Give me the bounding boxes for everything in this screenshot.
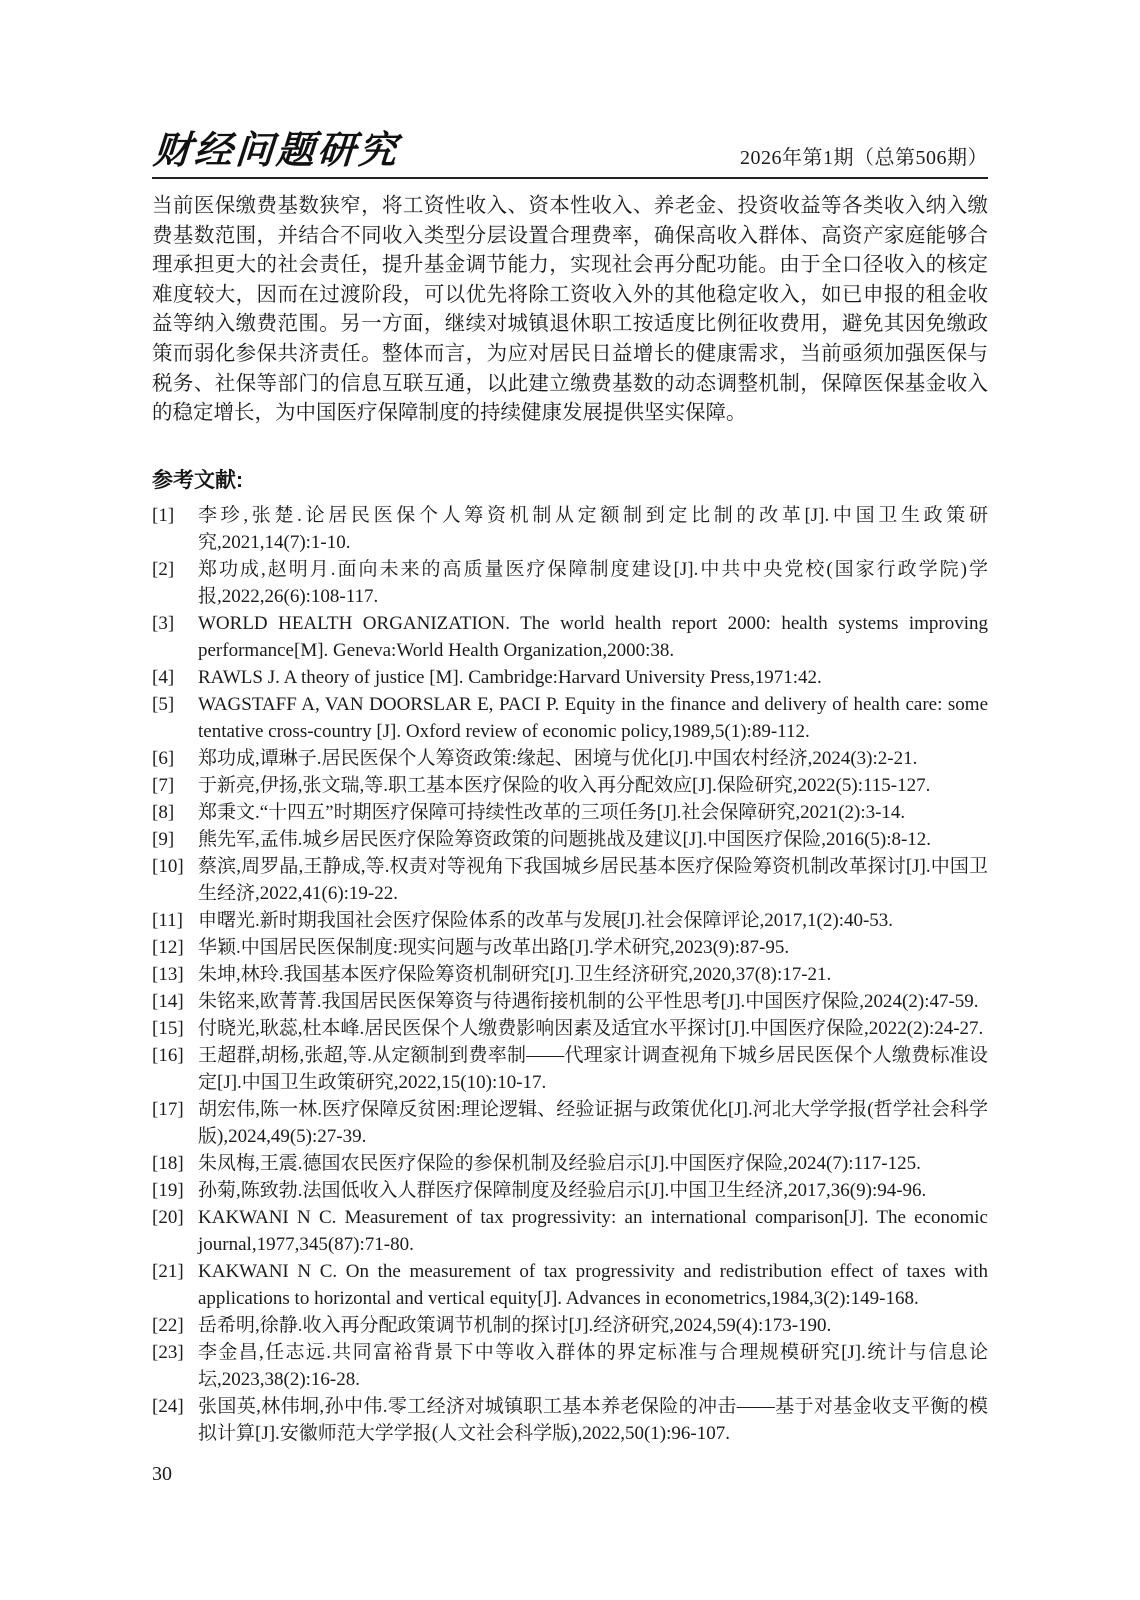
reference-item: [12]华颖.中国居民医保制度:现实问题与改革出路[J].学术研究,2023(9… xyxy=(152,934,988,961)
reference-text: KAKWANI N C. On the measurement of tax p… xyxy=(198,1258,988,1312)
reference-label: [18] xyxy=(152,1150,198,1177)
reference-text: 华颖.中国居民医保制度:现实问题与改革出路[J].学术研究,2023(9):87… xyxy=(198,934,988,961)
reference-item: [1]李珍,张楚.论居民医保个人筹资机制从定额制到定比制的改革[J].中国卫生政… xyxy=(152,502,988,556)
reference-item: [16]王超群,胡杨,张超,等.从定额制到费率制——代理家计调查视角下城乡居民医… xyxy=(152,1042,988,1096)
reference-label: [9] xyxy=(152,826,198,853)
reference-item: [18]朱凤梅,王震.德国农民医疗保险的参保机制及经验启示[J].中国医疗保险,… xyxy=(152,1150,988,1177)
reference-item: [11]申曙光.新时期我国社会医疗保险体系的改革与发展[J].社会保障评论,20… xyxy=(152,907,988,934)
reference-label: [15] xyxy=(152,1015,198,1042)
reference-label: [17] xyxy=(152,1096,198,1123)
reference-text: 蔡滨,周罗晶,王静成,等.权责对等视角下我国城乡居民基本医疗保险筹资机制改革探讨… xyxy=(198,853,988,907)
reference-text: 郑秉文.“十四五”时期医疗保障可持续性改革的三项任务[J].社会保障研究,202… xyxy=(198,799,988,826)
reference-label: [13] xyxy=(152,961,198,988)
reference-item: [9]熊先军,孟伟.城乡居民医疗保险筹资政策的问题挑战及建议[J].中国医疗保险… xyxy=(152,826,988,853)
reference-item: [14]朱铭来,欧菁菁.我国居民医保筹资与待遇衔接机制的公平性思考[J].中国医… xyxy=(152,988,988,1015)
reference-item: [19]孙菊,陈致勃.法国低收入人群医疗保障制度及经验启示[J].中国卫生经济,… xyxy=(152,1177,988,1204)
reference-text: 胡宏伟,陈一林.医疗保障反贫困:理论逻辑、经验证据与政策优化[J].河北大学学报… xyxy=(198,1096,988,1150)
reference-text: 李金昌,任志远.共同富裕背景下中等收入群体的界定标准与合理规模研究[J].统计与… xyxy=(198,1339,988,1393)
reference-item: [22]岳希明,徐静.收入再分配政策调节机制的探讨[J].经济研究,2024,5… xyxy=(152,1312,988,1339)
reference-label: [20] xyxy=(152,1204,198,1231)
reference-label: [23] xyxy=(152,1339,198,1366)
reference-item: [21]KAKWANI N C. On the measurement of t… xyxy=(152,1258,988,1312)
reference-text: 岳希明,徐静.收入再分配政策调节机制的探讨[J].经济研究,2024,59(4)… xyxy=(198,1312,988,1339)
reference-text: 郑功成,谭琳子.居民医保个人筹资政策:缘起、困境与优化[J].中国农村经济,20… xyxy=(198,745,988,772)
reference-text: 申曙光.新时期我国社会医疗保险体系的改革与发展[J].社会保障评论,2017,1… xyxy=(198,907,988,934)
page-number: 30 xyxy=(152,1461,988,1487)
body-paragraph: 当前医保缴费基数狭窄，将工资性收入、资本性收入、养老金、投资收益等各类收入纳入缴… xyxy=(152,192,988,429)
page-header: 财经问题研究 2026年第1期（总第506期） xyxy=(152,130,988,179)
reference-item: [8]郑秉文.“十四五”时期医疗保障可持续性改革的三项任务[J].社会保障研究,… xyxy=(152,799,988,826)
reference-text: 熊先军,孟伟.城乡居民医疗保险筹资政策的问题挑战及建议[J].中国医疗保险,20… xyxy=(198,826,988,853)
reference-item: [5]WAGSTAFF A, VAN DOORSLAR E, PACI P. E… xyxy=(152,691,988,745)
reference-label: [11] xyxy=(152,907,198,934)
reference-text: 张国英,林伟坰,孙中伟.零工经济对城镇职工基本养老保险的冲击——基于对基金收支平… xyxy=(198,1393,988,1447)
reference-item: [6]郑功成,谭琳子.居民医保个人筹资政策:缘起、困境与优化[J].中国农村经济… xyxy=(152,745,988,772)
reference-label: [24] xyxy=(152,1393,198,1420)
reference-text: 于新亮,伊扬,张文瑞,等.职工基本医疗保险的收入再分配效应[J].保险研究,20… xyxy=(198,772,988,799)
reference-text: 郑功成,赵明月.面向未来的高质量医疗保障制度建设[J].中共中央党校(国家行政学… xyxy=(198,556,988,610)
reference-label: [19] xyxy=(152,1177,198,1204)
reference-item: [13]朱坤,林玲.我国基本医疗保险筹资机制研究[J].卫生经济研究,2020,… xyxy=(152,961,988,988)
journal-page: 财经问题研究 2026年第1期（总第506期） 当前医保缴费基数狭窄，将工资性收… xyxy=(0,0,1140,1600)
reference-item: [4]RAWLS J. A theory of justice [M]. Cam… xyxy=(152,664,988,691)
reference-text: KAKWANI N C. Measurement of tax progress… xyxy=(198,1204,988,1258)
reference-item: [20]KAKWANI N C. Measurement of tax prog… xyxy=(152,1204,988,1258)
reference-label: [2] xyxy=(152,556,198,583)
reference-label: [1] xyxy=(152,502,198,529)
reference-text: 付晓光,耿蕊,杜本峰.居民医保个人缴费影响因素及适宜水平探讨[J].中国医疗保险… xyxy=(198,1015,988,1042)
reference-item: [17]胡宏伟,陈一林.医疗保障反贫困:理论逻辑、经验证据与政策优化[J].河北… xyxy=(152,1096,988,1150)
reference-item: [24]张国英,林伟坰,孙中伟.零工经济对城镇职工基本养老保险的冲击——基于对基… xyxy=(152,1393,988,1447)
reference-text: 朱铭来,欧菁菁.我国居民医保筹资与待遇衔接机制的公平性思考[J].中国医疗保险,… xyxy=(198,988,988,1015)
reference-label: [7] xyxy=(152,772,198,799)
reference-text: RAWLS J. A theory of justice [M]. Cambri… xyxy=(198,664,988,691)
reference-label: [10] xyxy=(152,853,198,880)
reference-text: 朱坤,林玲.我国基本医疗保险筹资机制研究[J].卫生经济研究,2020,37(8… xyxy=(198,961,988,988)
reference-label: [8] xyxy=(152,799,198,826)
journal-logo-calligraphy: 财经问题研究 xyxy=(152,130,401,170)
reference-text: 王超群,胡杨,张超,等.从定额制到费率制——代理家计调查视角下城乡居民医保个人缴… xyxy=(198,1042,988,1096)
reference-item: [3]WORLD HEALTH ORGANIZATION. The world … xyxy=(152,610,988,664)
reference-text: 李珍,张楚.论居民医保个人筹资机制从定额制到定比制的改革[J].中国卫生政策研究… xyxy=(198,502,988,556)
reference-label: [21] xyxy=(152,1258,198,1285)
reference-label: [5] xyxy=(152,691,198,718)
reference-label: [22] xyxy=(152,1312,198,1339)
reference-label: [3] xyxy=(152,610,198,637)
reference-label: [4] xyxy=(152,664,198,691)
reference-item: [23]李金昌,任志远.共同富裕背景下中等收入群体的界定标准与合理规模研究[J]… xyxy=(152,1339,988,1393)
reference-item: [10]蔡滨,周罗晶,王静成,等.权责对等视角下我国城乡居民基本医疗保险筹资机制… xyxy=(152,853,988,907)
reference-label: [12] xyxy=(152,934,198,961)
reference-list: [1]李珍,张楚.论居民医保个人筹资机制从定额制到定比制的改革[J].中国卫生政… xyxy=(152,502,988,1447)
reference-text: 朱凤梅,王震.德国农民医疗保险的参保机制及经验启示[J].中国医疗保险,2024… xyxy=(198,1150,988,1177)
reference-text: WORLD HEALTH ORGANIZATION. The world hea… xyxy=(198,610,988,664)
reference-text: WAGSTAFF A, VAN DOORSLAR E, PACI P. Equi… xyxy=(198,691,988,745)
reference-text: 孙菊,陈致勃.法国低收入人群医疗保障制度及经验启示[J].中国卫生经济,2017… xyxy=(198,1177,988,1204)
reference-item: [7]于新亮,伊扬,张文瑞,等.职工基本医疗保险的收入再分配效应[J].保险研究… xyxy=(152,772,988,799)
reference-item: [2]郑功成,赵明月.面向未来的高质量医疗保障制度建设[J].中共中央党校(国家… xyxy=(152,556,988,610)
reference-label: [14] xyxy=(152,988,198,1015)
issue-info: 2026年第1期（总第506期） xyxy=(740,146,988,170)
references-heading: 参考文献: xyxy=(152,467,988,494)
reference-label: [16] xyxy=(152,1042,198,1069)
reference-item: [15]付晓光,耿蕊,杜本峰.居民医保个人缴费影响因素及适宜水平探讨[J].中国… xyxy=(152,1015,988,1042)
reference-label: [6] xyxy=(152,745,198,772)
